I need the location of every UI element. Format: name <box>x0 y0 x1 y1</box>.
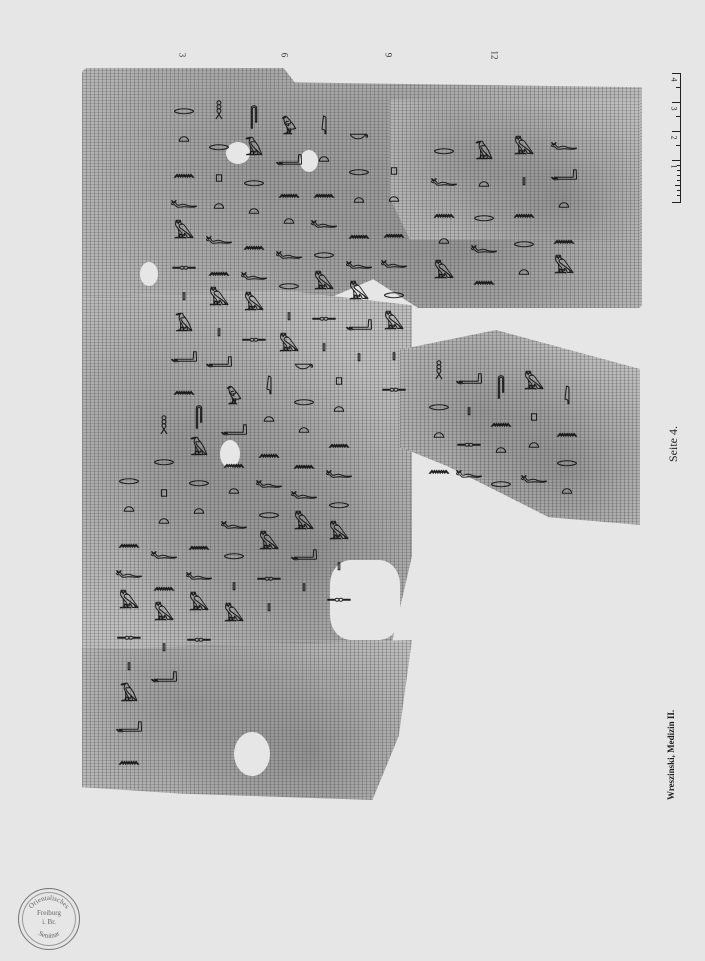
hieratic-column: 𓋴𓄿𓂋𓏏𓈖𓆑𓅓𓊃 <box>235 100 265 348</box>
hieratic-column: 𓊪𓏏𓈖𓆑𓂋𓅓𓏤𓊃 <box>320 360 350 608</box>
hieratic-column: 𓅓𓏤𓈖𓂋𓏏 <box>505 130 535 285</box>
line-number-9: 9 <box>383 53 393 58</box>
ruler-label-2: 2 <box>670 136 679 140</box>
line-number-3: 3 <box>177 53 187 58</box>
hieratic-column: 𓂋𓏏𓈖𓆑𓅓𓊃𓏤𓄿𓂝𓈖 <box>110 460 140 770</box>
line-number-6: 6 <box>279 53 289 58</box>
hieratic-column: 𓇋𓈖𓂋𓏏 <box>548 380 578 504</box>
hieratic-column: 𓂋𓆑𓈖𓏏𓅓 <box>425 130 455 285</box>
hieratic-column: 𓇋𓏏𓈖𓆑𓂋𓅓𓊃𓏤 <box>305 110 335 358</box>
hieratic-column: 𓎛𓂋𓊪𓏏𓆑𓈖𓅓𓏤𓂝 <box>145 410 175 689</box>
hieratic-column: 𓅱𓂝𓈖𓏏𓆑𓂋𓏤𓅓 <box>215 380 245 628</box>
papyrus-hole <box>234 732 270 776</box>
svg-text:Seminar: Seminar <box>37 929 62 940</box>
hieratic-column: 𓄿𓏏𓂋𓆑𓈖 <box>465 135 495 290</box>
scale-ruler: 4 3 2 1 <box>672 73 681 203</box>
stamp-city: Freiburg <box>19 909 79 918</box>
library-stamp: Orientalisches Seminar Freiburg i. Br. <box>18 888 80 950</box>
hieratic-column: 𓋴𓈖𓏏𓂋 <box>482 370 512 494</box>
plate-page: 𓂋𓏏𓈖𓆑𓅓𓊃𓏤𓄿𓂝𓈖 𓎛𓂋𓊪𓏏𓆑𓈖𓅓𓏤𓂝 𓋴𓄿𓂋𓏏𓈖𓆑𓅓𓊃 𓅱𓂝𓈖𓏏𓆑𓂋𓏤𓅓 𓇋… <box>0 0 705 961</box>
page-label: Seite 4. <box>666 426 681 462</box>
papyrus-hole <box>140 262 158 286</box>
line-number-12: 12 <box>490 51 500 60</box>
publication-credit: Wreszinski, Medizin II. <box>666 710 676 800</box>
hieratic-column: 𓎛𓂋𓊪𓏏𓆑𓈖𓅓𓏤𓂝 <box>200 95 230 374</box>
hieratic-column: 𓊪𓏏𓈖𓆑𓂋𓅓𓏤𓊃 <box>375 150 405 398</box>
hieratic-column: 𓂋𓏏𓈖𓆑𓅓𓊃𓏤𓄿𓂝𓈖 <box>165 90 195 400</box>
hieratic-column: 𓅓𓊪𓏏𓆑 <box>515 365 545 489</box>
hieratic-column: 𓅱𓂝𓈖𓏏𓆑𓂋𓏤𓅓 <box>270 110 300 358</box>
ruler-label-1: 1 <box>670 165 679 169</box>
svg-text:Orientalisches: Orientalisches <box>27 894 71 910</box>
hieratic-column: 𓎡𓂋𓏏𓈖𓆑𓅓𓂝𓏤 <box>340 120 370 368</box>
ruler-label-3: 3 <box>670 107 679 111</box>
hieratic-column: 𓋴𓄿𓂋𓏏𓈖𓆑𓅓𓊃 <box>180 400 210 648</box>
stamp-bottom-text: Seminar <box>37 929 62 940</box>
stamp-top-text: Orientalisches <box>27 894 71 910</box>
hieratic-column: 𓇋𓏏𓈖𓆑𓂋𓅓𓊃𓏤 <box>250 370 280 618</box>
stamp-city-suffix: i. Br. <box>19 918 79 927</box>
hieratic-column: 𓂝𓏤𓊃𓆑 <box>450 360 480 484</box>
hieratic-column: 𓎡𓂋𓏏𓈖𓆑𓅓𓂝𓏤 <box>285 350 315 598</box>
hieratic-column: 𓎛𓂋𓏏𓈖 <box>420 355 450 479</box>
ruler-label-4: 4 <box>670 78 679 82</box>
hieratic-column: 𓆑𓂝𓏏𓈖𓅓 <box>545 125 575 280</box>
